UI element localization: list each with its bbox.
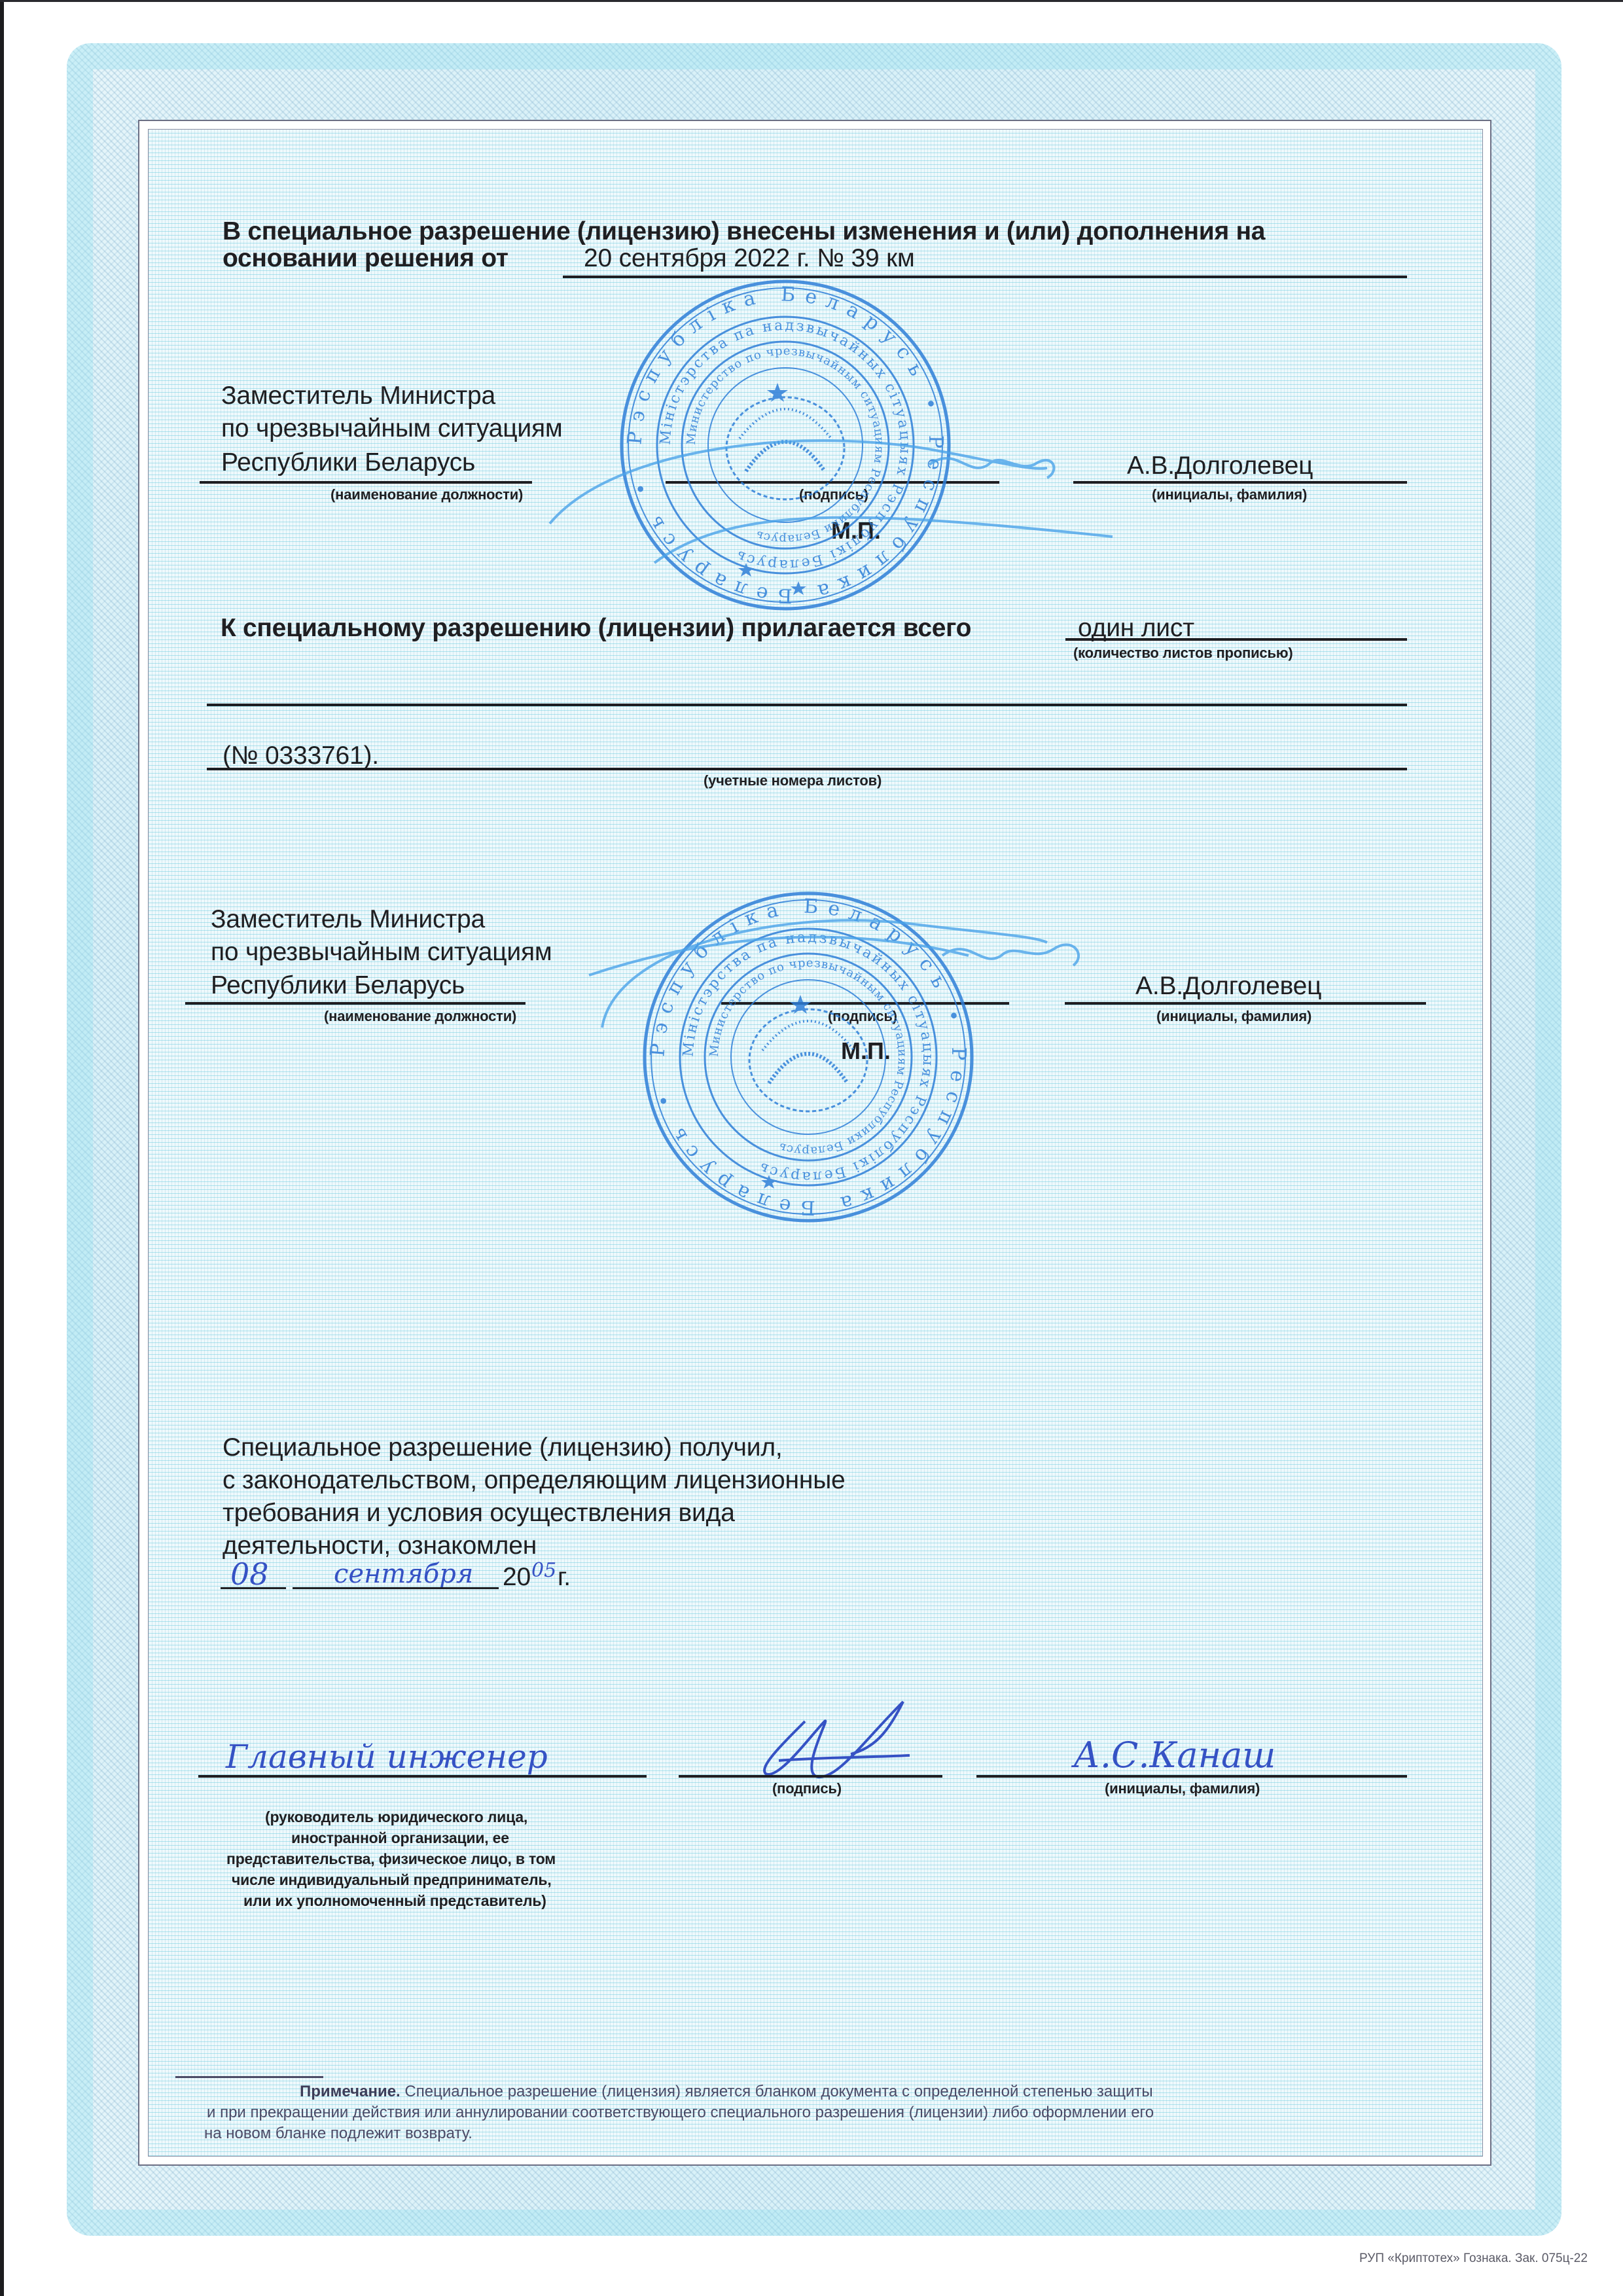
ack-line: Специальное разрешение (лицензию) получи…	[223, 1433, 783, 1462]
recipient-name-caption: (инициалы, фамилия)	[1105, 1780, 1260, 1797]
date-day-underline	[221, 1587, 286, 1589]
recipient-caption-line: числе индивидуальный предприниматель,	[232, 1871, 552, 1889]
note-line-3: на новом бланке подлежит возврату.	[204, 2125, 473, 2143]
attachment-label: К специальному разрешению (лицензии) при…	[221, 614, 971, 643]
position-line: по чрезвычайным ситуациям	[221, 414, 563, 443]
recipient-name-handwritten: А.С.Канаш	[1073, 1734, 1275, 1776]
signature-underline	[721, 1002, 1009, 1005]
amendment-decision-label: основании решения от	[223, 244, 508, 273]
note-line-2: и при прекращении действия или аннулиров…	[207, 2104, 1154, 2122]
note-separator	[175, 2076, 323, 2078]
position-underline	[200, 481, 532, 484]
sheet-numbers-caption: (учетные номера листов)	[704, 772, 882, 789]
printer-imprint: РУП «Криптотех» Гознака. Зак. 075ц-22	[1359, 2251, 1588, 2266]
position-line: Заместитель Министра	[211, 905, 485, 934]
signature-underline	[666, 481, 999, 484]
recipient-caption-line: иностранной организации, ее	[291, 1829, 509, 1847]
note-line-1: Примечание. Специальное разрешение (лице…	[300, 2083, 1153, 2101]
recipient-caption-line: представительства, физическое лицо, в то…	[226, 1850, 556, 1868]
signatory-name: А.В.Долголевец	[1127, 452, 1313, 480]
position-line: Республики Беларусь	[211, 971, 465, 1000]
ack-date-month: сентября	[334, 1559, 473, 1589]
scan-edge	[0, 0, 4, 2296]
position-underline	[185, 1002, 526, 1005]
blank-line	[207, 704, 1407, 706]
position-line: Республики Беларусь	[221, 448, 475, 477]
sheet-count-underline	[1065, 638, 1407, 641]
date-month-underline	[293, 1587, 499, 1589]
recipient-caption-line: или их уполномоченный представитель)	[243, 1892, 546, 1910]
ack-date-year-end: г.	[558, 1563, 571, 1592]
name-caption: (инициалы, фамилия)	[1156, 1008, 1311, 1025]
recipient-caption-line: (руководитель юридического лица,	[265, 1808, 527, 1826]
recipient-position-handwritten: Главный инженер	[226, 1738, 548, 1776]
recipient-signature-underline	[679, 1775, 942, 1778]
note-label: Примечание.	[300, 2083, 401, 2100]
seal-place-label: М.П.	[831, 517, 881, 545]
sheet-numbers-underline	[207, 768, 1407, 770]
name-underline	[1073, 481, 1407, 484]
note-text-1: Специальное разрешение (лицензия) являет…	[404, 2083, 1152, 2100]
recipient-position-underline	[198, 1775, 647, 1778]
name-underline	[1065, 1002, 1426, 1005]
decision-underline	[563, 276, 1407, 278]
sheet-count-caption: (количество листов прописью)	[1073, 645, 1293, 662]
ack-date-day: 08	[230, 1556, 269, 1592]
signatory-name: А.В.Долголевец	[1135, 972, 1321, 1001]
ack-line: деятельности, ознакомлен	[223, 1532, 537, 1560]
amendment-line-1: В специальное разрешение (лицензию) внес…	[223, 217, 1265, 246]
signature-caption: (подпись)	[799, 486, 868, 503]
ack-line: требования и условия осуществления вида	[223, 1499, 735, 1528]
amendment-decision-value: 20 сентября 2022 г. № 39 км	[584, 244, 915, 273]
ack-line: с законодательством, определяющим лиценз…	[223, 1466, 846, 1495]
ack-date-year-prefix: 20	[503, 1563, 531, 1592]
position-caption: (наименование должности)	[330, 486, 523, 503]
recipient-signature-caption: (подпись)	[772, 1780, 842, 1797]
position-caption: (наименование должности)	[324, 1008, 516, 1025]
position-line: по чрезвычайным ситуациям	[211, 938, 552, 967]
position-line: Заместитель Министра	[221, 382, 495, 410]
signature-caption: (подпись)	[828, 1008, 897, 1025]
seal-place-label: М.П.	[841, 1037, 891, 1065]
name-caption: (инициалы, фамилия)	[1152, 486, 1307, 503]
attachment-sheet-numbers: (№ 0333761).	[223, 742, 379, 770]
ack-date-year-suffix: 05	[531, 1559, 556, 1582]
scan-edge-top	[0, 0, 1623, 2]
recipient-name-underline	[976, 1775, 1407, 1778]
